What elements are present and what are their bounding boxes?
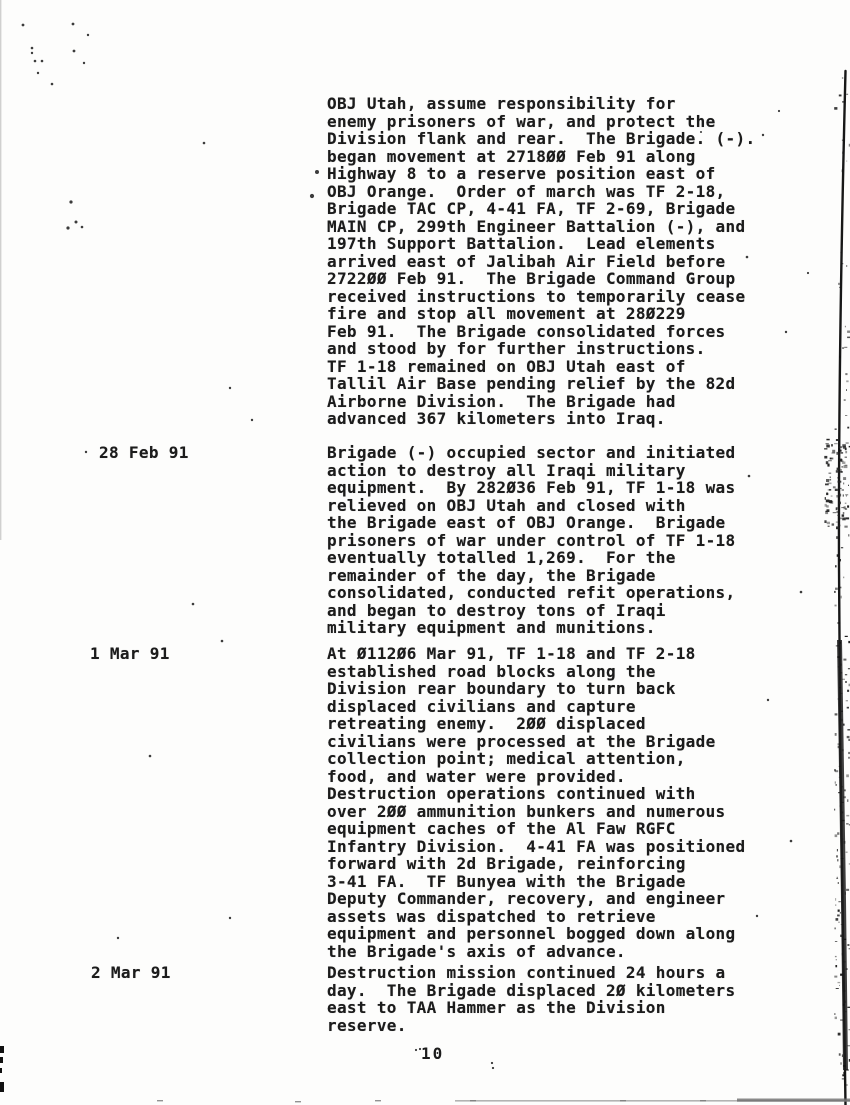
document-page: OBJ Utah, assume responsibility for enem… [0,0,850,1105]
entry-text: Destruction mission continued 24 hours a… [327,964,735,1034]
entry-date: 1 Mar 91 [90,645,170,663]
entry-date: 2 Mar 91 [91,964,171,982]
page-number: 10 [421,1045,444,1063]
entry-text: OBJ Utah, assume responsibility for enem… [327,95,755,428]
entry-text: At Ø112Ø6 Mar 91, TF 1-18 and TF 2-18 es… [327,645,745,960]
entry-date: 28 Feb 91 [99,444,189,462]
entry-text: Brigade (-) occupied sector and initiate… [327,444,735,637]
